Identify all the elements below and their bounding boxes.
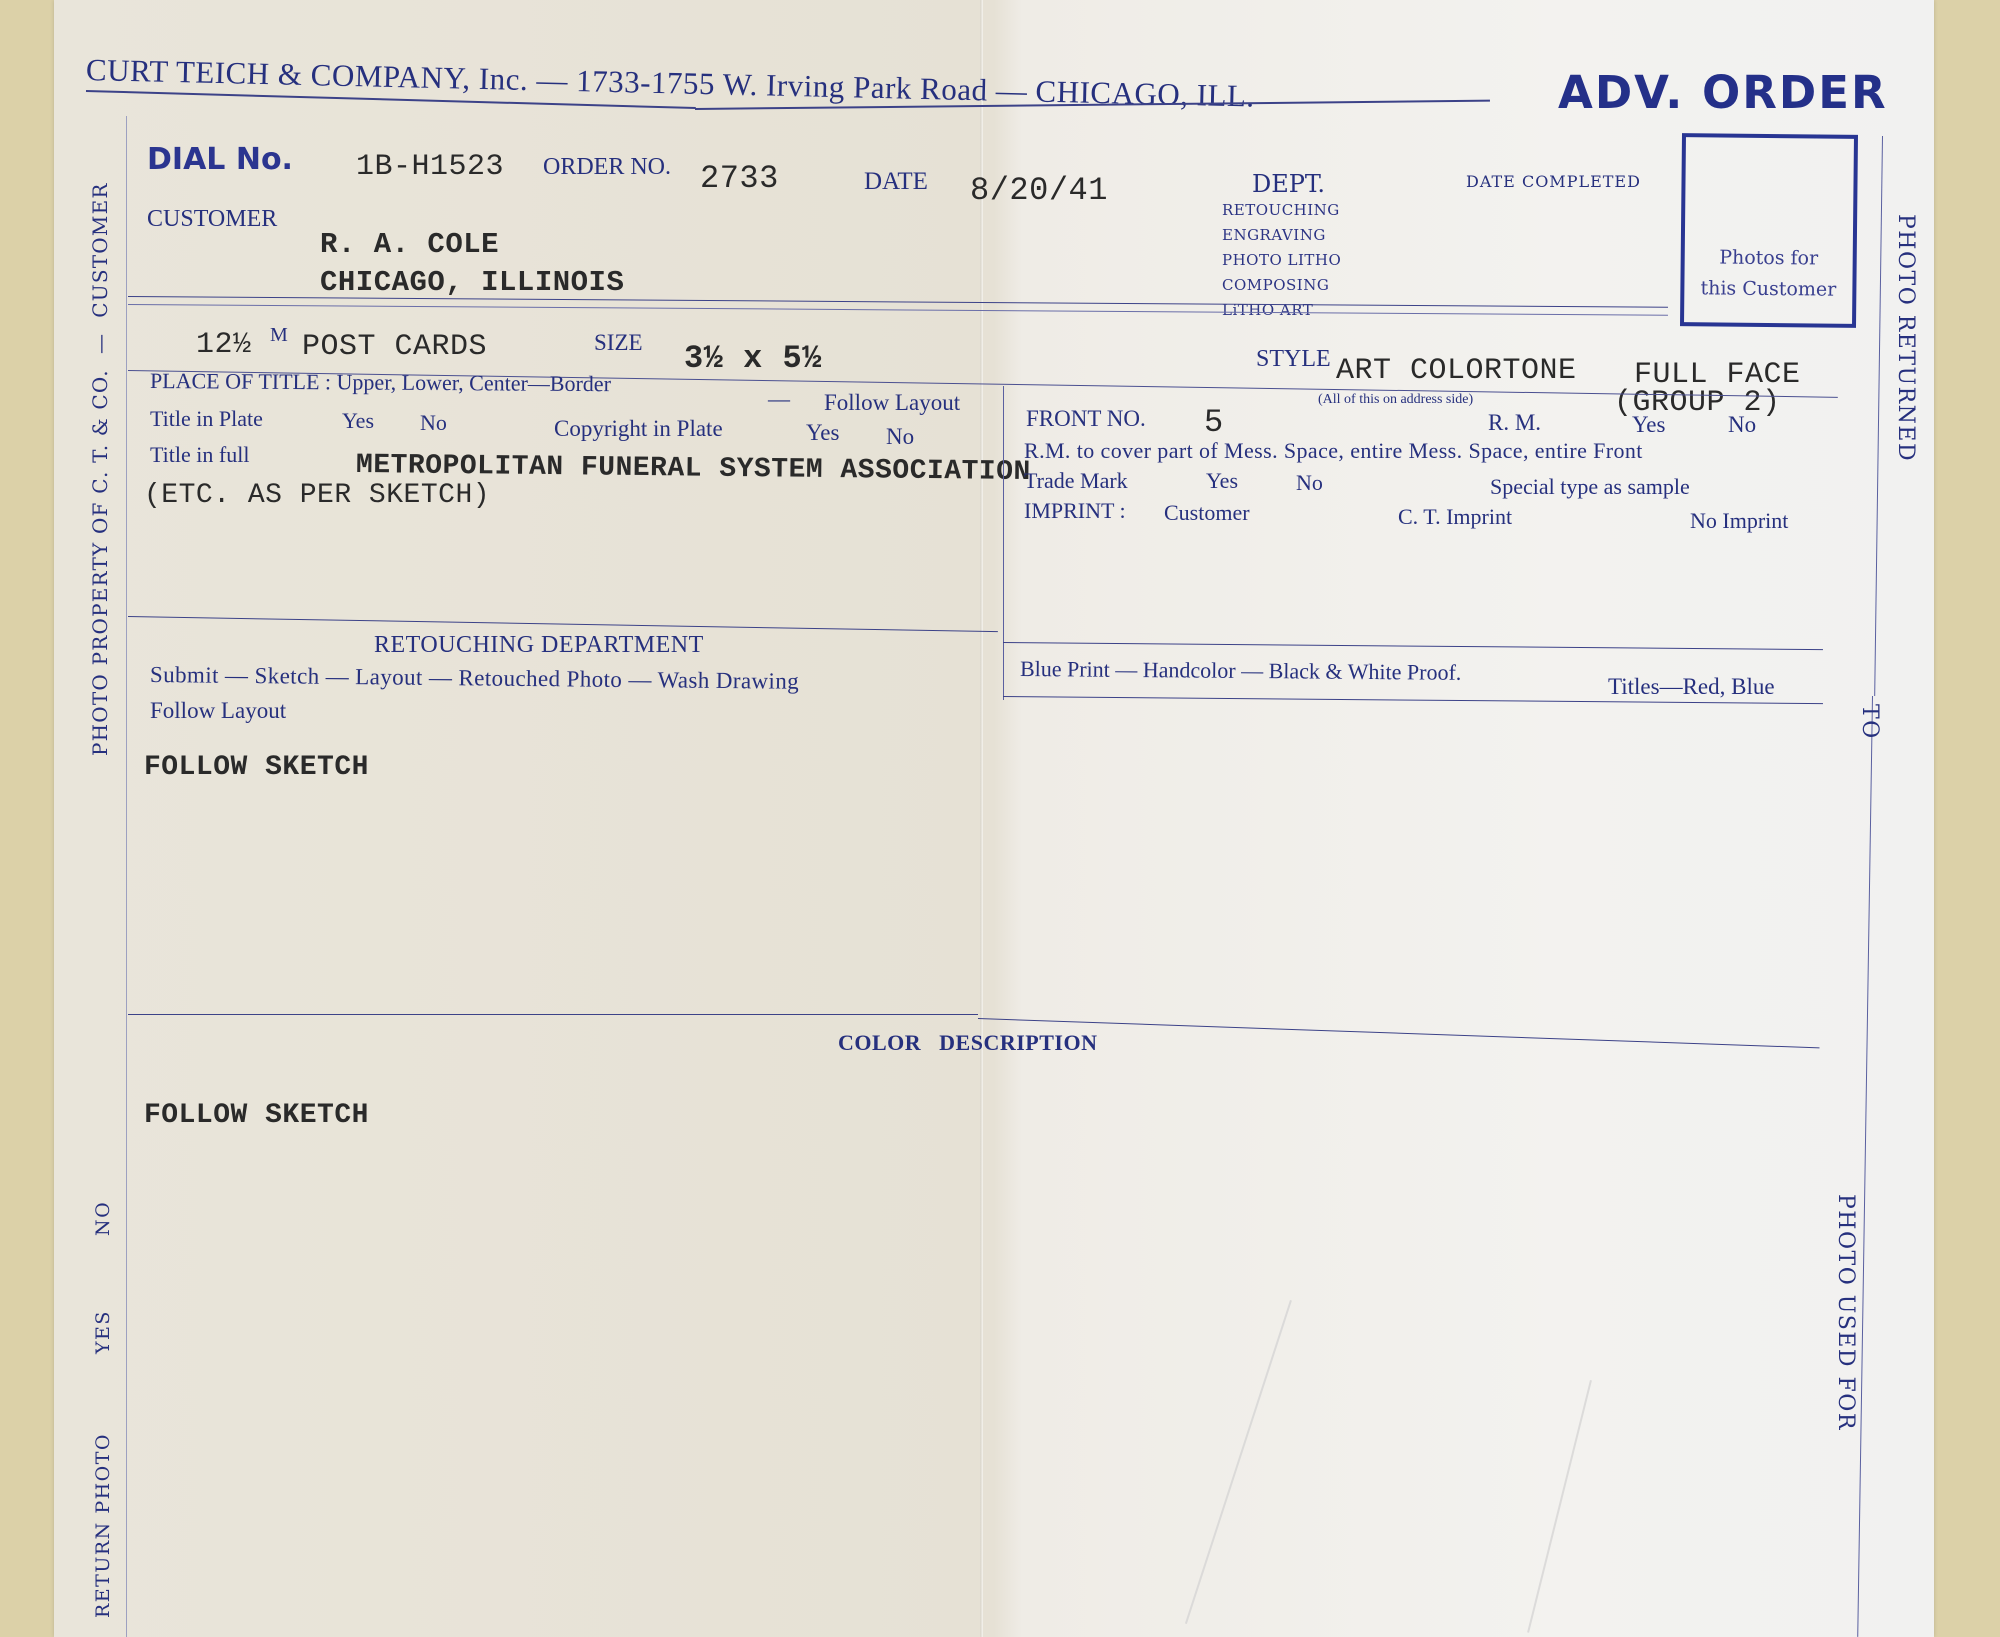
imprint-customer[interactable]: Customer <box>1164 500 1250 526</box>
title-in-full-label: Title in full <box>150 442 249 468</box>
customer-label: CUSTOMER <box>147 206 277 233</box>
title-in-plate-yes[interactable]: Yes <box>342 408 374 434</box>
dept-item-engraving[interactable]: ENGRAVING <box>1222 223 1341 248</box>
photos-for-customer-box: Photos for this Customer <box>1680 133 1858 328</box>
dept-item-composing[interactable]: COMPOSING <box>1222 273 1341 298</box>
rm-label: R. M. <box>1488 410 1541 436</box>
color-description-heading: COLOR DESCRIPTION <box>838 1030 1097 1056</box>
right-margin-photo-returned: PHOTO RETURNED <box>1893 214 1918 462</box>
dial-no-label: DIAL No. <box>147 142 293 177</box>
copyright-no[interactable]: No <box>886 424 914 450</box>
style-label: STYLE <box>1256 346 1331 373</box>
order-no-label: ORDER NO. <box>543 154 671 181</box>
photo-box-line1: Photos for <box>1685 242 1853 275</box>
retouching-typed-note[interactable]: FOLLOW SKETCH <box>144 752 369 783</box>
proof-options[interactable]: Blue Print — Handcolor — Black & White P… <box>1020 656 1462 686</box>
special-type-option[interactable]: Special type as sample <box>1490 474 1690 500</box>
retouching-heading: RETOUCHING DEPARTMENT <box>374 632 704 659</box>
copyright-label: Copyright in Plate <box>554 416 723 442</box>
date-completed-label: DATE COMPLETED <box>1466 172 1641 191</box>
dept-item-photo-litho[interactable]: PHOTO LITHO <box>1222 248 1341 273</box>
paper-fold <box>980 0 983 1637</box>
size-value[interactable]: 3½ x 5½ <box>684 340 822 377</box>
style-value[interactable]: ART COLORTONE <box>1336 354 1577 388</box>
divider-color-left <box>128 1014 978 1015</box>
left-margin-rule <box>126 116 127 1637</box>
style-note: (All of this on address side) <box>1318 392 1473 408</box>
title-in-plate-label: Title in Plate <box>150 406 263 432</box>
front-no-value[interactable]: 5 <box>1204 404 1224 441</box>
right-margin-photo-used-for: PHOTO USED FOR <box>1833 1194 1858 1431</box>
titles-color-options[interactable]: Titles—Red, Blue <box>1608 674 1775 700</box>
copyright-yes[interactable]: Yes <box>806 420 839 446</box>
front-no-label: FRONT NO. <box>1026 406 1146 432</box>
trade-mark-no[interactable]: No <box>1296 470 1323 496</box>
right-margin-to: TO <box>1857 704 1882 740</box>
follow-layout-option[interactable]: Follow Layout <box>824 390 960 416</box>
form-title: ADV. ORDER <box>1558 66 1888 119</box>
rm-cover-options[interactable]: R.M. to cover part of Mess. Space, entir… <box>1024 438 1643 464</box>
quantity-unit: M <box>270 324 288 347</box>
dial-no-value[interactable]: 1B-H1523 <box>356 150 504 184</box>
left-margin-property-text: PHOTO PROPERTY OF C. T. & CO. — CUSTOMER <box>88 182 112 756</box>
dept-item-litho-art[interactable]: LiTHO ART <box>1222 298 1341 323</box>
size-label: SIZE <box>594 330 643 356</box>
place-of-title-dash: — <box>768 386 790 412</box>
order-no-value[interactable]: 2733 <box>700 160 779 197</box>
trade-mark-yes[interactable]: Yes <box>1206 468 1238 494</box>
photo-box-line2: this Customer <box>1684 273 1852 306</box>
quantity-value[interactable]: 12½ <box>196 328 252 362</box>
title-in-plate-no[interactable]: No <box>420 410 447 436</box>
trade-mark-label: Trade Mark <box>1024 468 1128 494</box>
imprint-ct[interactable]: C. T. Imprint <box>1398 504 1512 530</box>
rm-yes[interactable]: Yes <box>1632 412 1665 438</box>
imprint-none[interactable]: No Imprint <box>1690 508 1788 534</box>
imprint-label: IMPRINT : <box>1024 498 1126 524</box>
column-divider <box>1003 386 1004 700</box>
dept-label: DEPT. <box>1252 170 1325 198</box>
left-margin-yes[interactable]: YES <box>92 1310 114 1354</box>
left-margin-no[interactable]: NO <box>92 1201 114 1236</box>
title-in-full-continued[interactable]: (ETC. AS PER SKETCH) <box>144 480 490 511</box>
retouching-follow-layout[interactable]: Follow Layout <box>150 698 286 724</box>
date-value[interactable]: 8/20/41 <box>970 172 1108 209</box>
left-margin-return-photo: RETURN PHOTO <box>92 1433 114 1618</box>
customer-city[interactable]: CHICAGO, ILLINOIS <box>320 266 624 299</box>
dept-item-retouching[interactable]: RETOUCHING <box>1222 198 1341 223</box>
customer-name[interactable]: R. A. COLE <box>320 228 499 261</box>
quantity-item[interactable]: POST CARDS <box>302 330 487 364</box>
date-label: DATE <box>864 168 928 196</box>
rm-no[interactable]: No <box>1728 412 1756 438</box>
color-description-typed-note[interactable]: FOLLOW SKETCH <box>144 1100 369 1131</box>
place-of-title: PLACE OF TITLE : Upper, Lower, Center—Bo… <box>150 368 611 397</box>
